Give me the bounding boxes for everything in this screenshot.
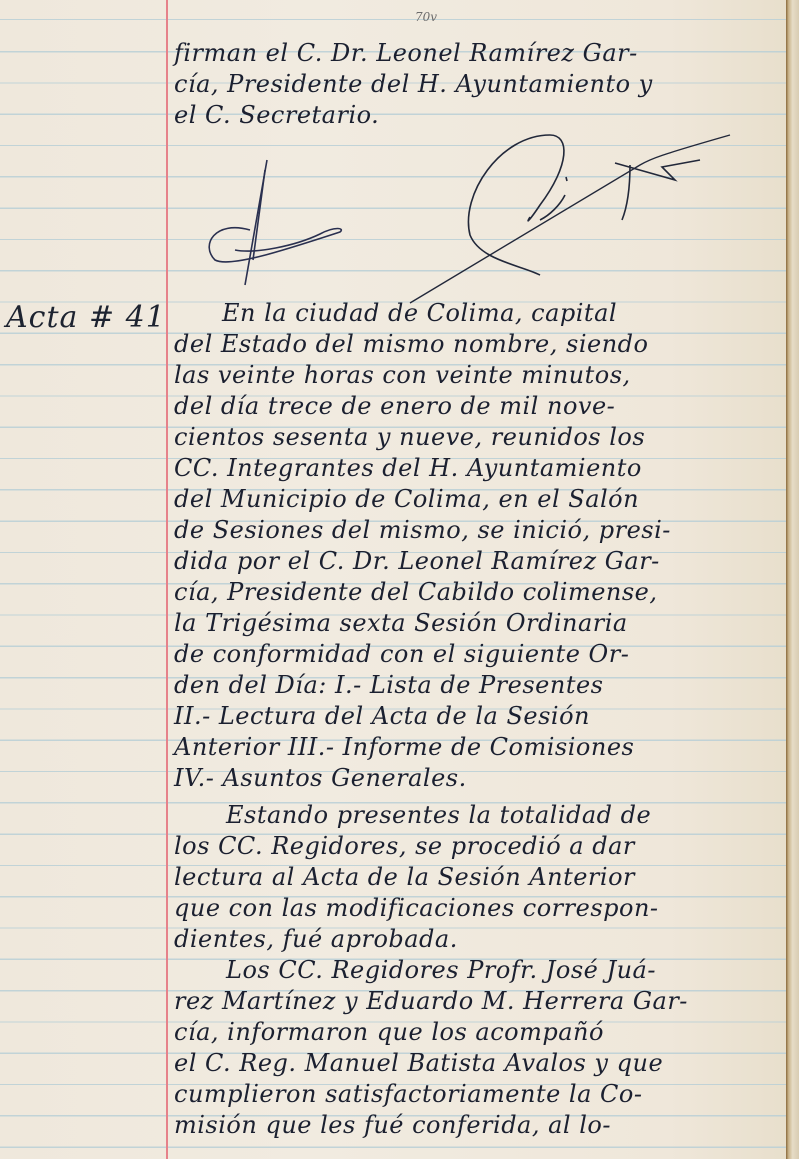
text-line: dientes, fué aprobada. [174, 924, 780, 954]
text-line: del día trece de enero de mil nove- [174, 391, 780, 421]
text-line: cía, Presidente del Cabildo colimense, [174, 577, 780, 607]
text-line: firman el C. Dr. Leonel Ramírez Gar- [174, 38, 780, 68]
text-line: cía, informaron que los acompañó [174, 1017, 780, 1047]
text-line: la Trigésima sexta Sesión Ordinaria [174, 608, 780, 638]
text-line: de Sesiones del mismo, se inició, presi- [174, 515, 780, 545]
book-page-edge [786, 0, 799, 1159]
notebook-page: 70v firman el C. Dr. Leonel Ramírez Gar-… [0, 0, 786, 1159]
act-number-heading: Acta # 41 [6, 300, 166, 335]
text-line: las veinte horas con veinte minutos, [174, 360, 780, 390]
text-line: rez Martínez y Eduardo M. Herrera Gar- [174, 986, 780, 1016]
text-line: cumplieron satisfactoriamente la Co- [174, 1079, 780, 1109]
signature-secretary [400, 125, 740, 305]
text-line: del Estado del mismo nombre, siendo [174, 329, 780, 359]
text-line: CC. Integrantes del H. Ayuntamiento [174, 453, 780, 483]
text-line: lectura al Acta de la Sesión Anterior [174, 862, 780, 892]
text-line: el C. Reg. Manuel Batista Avalos y que [174, 1048, 780, 1078]
text-line: los CC. Regidores, se procedió a dar [174, 831, 780, 861]
text-line: que con las modificaciones correspon- [174, 893, 780, 923]
folio-number: 70v [415, 10, 437, 24]
text-line: del Municipio de Colima, en el Salón [174, 484, 780, 514]
text-line: dida por el C. Dr. Leonel Ramírez Gar- [174, 546, 780, 576]
signature-president [195, 150, 365, 290]
text-line: den del Día: I.- Lista de Presentes [174, 670, 780, 700]
text-line: Anterior III.- Informe de Comisiones [174, 732, 780, 762]
text-line: Los CC. Regidores Profr. José Juá- [174, 955, 786, 985]
text-line: cía, Presidente del H. Ayuntamiento y [174, 69, 780, 99]
text-line: Estando presentes la totalidad de [174, 800, 786, 830]
text-line: En la ciudad de Colima, capital [174, 298, 786, 328]
text-line: II.- Lectura del Acta de la Sesión [174, 701, 780, 731]
text-line: misión que les fué conferida, al lo- [174, 1110, 780, 1140]
text-line: cientos sesenta y nueve, reunidos los [174, 422, 780, 452]
red-margin-line [166, 0, 168, 1159]
text-line: IV.- Asuntos Generales. [174, 763, 780, 793]
text-line: de conformidad con el siguiente Or- [174, 639, 780, 669]
